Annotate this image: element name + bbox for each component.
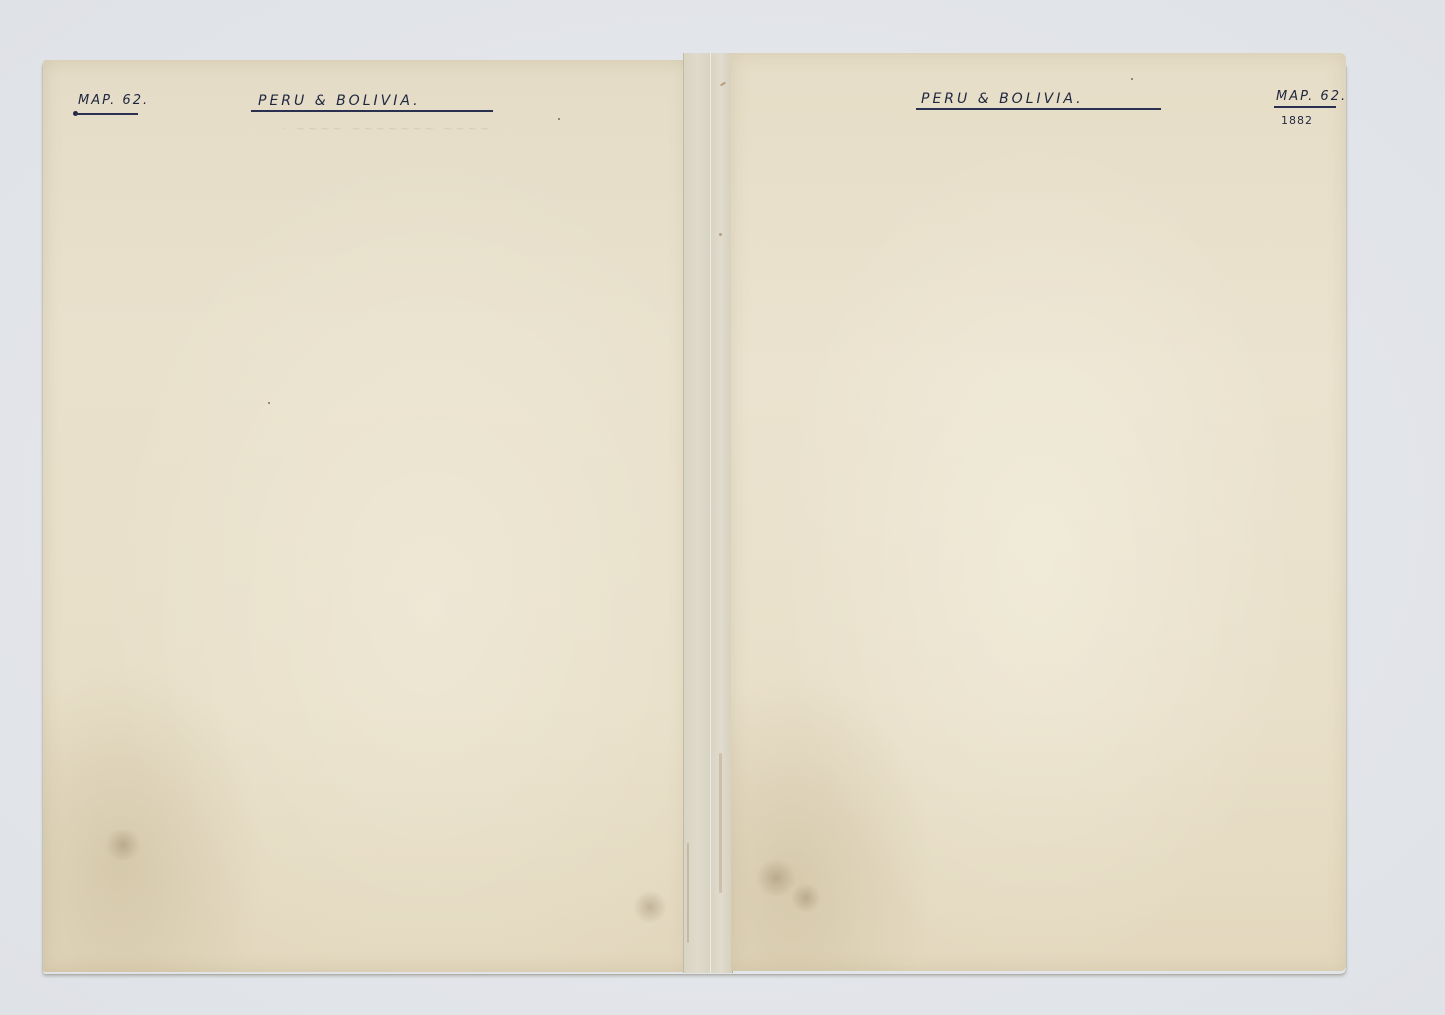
left-map-number: MAP. 62. bbox=[78, 93, 149, 108]
right-page: PERU & BOLIVIA. MAP. 62. 1882 bbox=[731, 53, 1346, 971]
right-map-number: MAP. 62. bbox=[1276, 89, 1347, 104]
left-page-title: PERU & BOLIVIA. bbox=[258, 93, 421, 109]
spine-hinge-tape bbox=[683, 53, 733, 973]
speck bbox=[558, 118, 560, 120]
map-folio-sheet: MAP. 62. PERU & BOLIVIA. · ~~~~ ~~~~~~~ … bbox=[43, 62, 1346, 974]
foxing-stain bbox=[791, 883, 821, 913]
tape-stain bbox=[687, 843, 689, 943]
right-page-title: PERU & BOLIVIA. bbox=[921, 91, 1084, 107]
right-title-underline bbox=[916, 108, 1161, 110]
foxing-stain bbox=[756, 858, 796, 898]
tape-fold-line bbox=[710, 53, 711, 973]
foxing-stain bbox=[633, 890, 667, 924]
left-map-number-underline bbox=[75, 113, 138, 115]
right-map-number-underline bbox=[1274, 106, 1336, 108]
tape-mark bbox=[720, 82, 726, 87]
tape-stain bbox=[719, 753, 722, 893]
foxing-stain bbox=[103, 830, 143, 860]
speck bbox=[1131, 78, 1133, 80]
map-year: 1882 bbox=[1281, 114, 1313, 127]
faint-show-through-text: · ~~~~ ~~~~~~~ ~~~~ bbox=[283, 122, 492, 135]
speck bbox=[268, 402, 270, 404]
left-page: MAP. 62. PERU & BOLIVIA. · ~~~~ ~~~~~~~ … bbox=[43, 60, 688, 972]
left-title-underline bbox=[251, 110, 493, 112]
tape-stain bbox=[719, 233, 722, 236]
